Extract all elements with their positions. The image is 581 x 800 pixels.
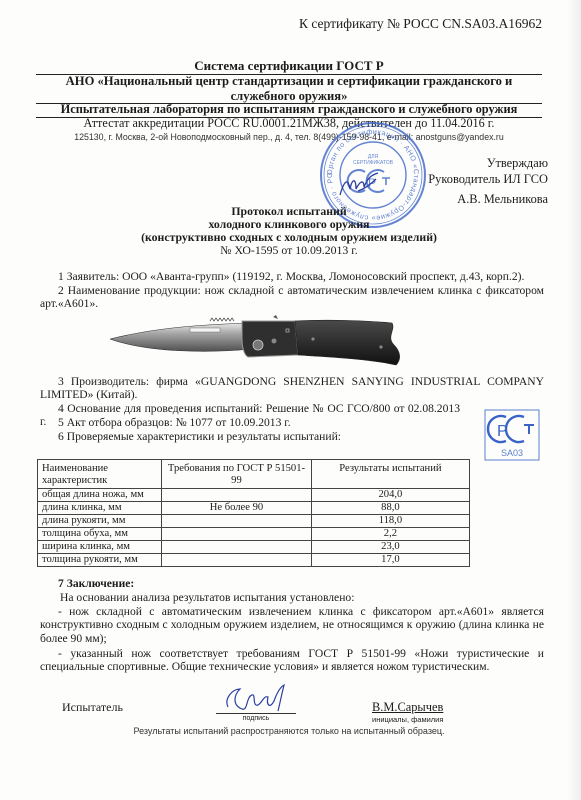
cell-result: 204,0 bbox=[311, 489, 469, 502]
system-title: Система сертификации ГОСТ Р bbox=[36, 58, 542, 74]
product-line: 2 Наименование продукции: нож складной с… bbox=[40, 284, 544, 311]
approval-block: Утверждаю Руководитель ИЛ ГСО А.В. Мельн… bbox=[360, 155, 548, 207]
conclusion-heading: 7 Заключение: bbox=[58, 577, 358, 590]
cell-characteristic: общая длина ножа, мм bbox=[38, 489, 162, 502]
manufacturer-line: 3 Производитель: фирма «GUANGDONG SHENZH… bbox=[40, 375, 544, 402]
protocol-number: № ХО-1595 от 10.09.2013 г. bbox=[36, 244, 542, 257]
table-row: толщина рукояти, мм17,0 bbox=[38, 554, 470, 567]
certificate-reference: К сертификату № РОСС CN.SA03.A16962 bbox=[0, 16, 542, 32]
tester-name: В.М.Сарычев bbox=[372, 700, 443, 715]
conclusion-intro: На основании анализа результатов испытан… bbox=[60, 591, 540, 604]
column-header-requirements: Требования по ГОСТ Р 51501-99 bbox=[162, 460, 312, 489]
table-row: общая длина ножа, мм204,0 bbox=[38, 489, 470, 502]
svg-text:SA03: SA03 bbox=[501, 448, 523, 458]
cell-result: 17,0 bbox=[311, 554, 469, 567]
applicant-line: 1 Заявитель: ООО «Аванта-групп» (119192,… bbox=[40, 270, 544, 283]
cell-result: 118,0 bbox=[311, 515, 469, 528]
cell-requirement bbox=[162, 515, 312, 528]
footer-note: Результаты испытаний распространяются то… bbox=[36, 726, 542, 736]
organization-line-2: служебного оружия» bbox=[36, 89, 542, 104]
column-header-characteristic: Наименование характеристик bbox=[38, 460, 162, 489]
knife-product-image bbox=[110, 315, 410, 375]
cell-characteristic: длина клинка, мм bbox=[38, 502, 162, 515]
cell-characteristic: толщина обуха, мм bbox=[38, 528, 162, 541]
cell-characteristic: ширина клинка, мм bbox=[38, 541, 162, 554]
name-caption: инициалы, фамилия bbox=[372, 715, 443, 724]
cell-requirement bbox=[162, 541, 312, 554]
cell-result: 2,2 bbox=[311, 528, 469, 541]
column-header-results: Результаты испытаний bbox=[311, 460, 469, 489]
signature-caption: подпись bbox=[216, 715, 296, 722]
organization-name: АНО «Национальный центр стандартизации и… bbox=[36, 74, 542, 103]
cell-requirement bbox=[162, 489, 312, 502]
signature-line bbox=[216, 713, 296, 714]
tester-label: Испытатель bbox=[62, 700, 123, 715]
conclusion-point-1: - нож складной с автоматическим извлечен… bbox=[40, 605, 544, 645]
accreditation-line: Аттестат аккредитации РОСС RU.0001.21МЖ3… bbox=[36, 116, 542, 131]
pst-conformity-mark-icon: P SA03 bbox=[484, 409, 540, 461]
table-row: толщина обуха, мм2,2 bbox=[38, 528, 470, 541]
cell-characteristic: толщина рукояти, мм bbox=[38, 554, 162, 567]
cell-result: 23,0 bbox=[311, 541, 469, 554]
table-header-row: Наименование характеристик Требования по… bbox=[38, 460, 470, 489]
approver-role: Руководитель ИЛ ГСО bbox=[360, 171, 548, 187]
svg-text:P: P bbox=[497, 423, 508, 440]
results-table: Наименование характеристик Требования по… bbox=[37, 459, 470, 567]
characteristics-intro: 6 Проверяемые характеристики и результат… bbox=[40, 430, 460, 443]
cell-requirement: Не более 90 bbox=[162, 502, 312, 515]
table-row: длина рукояти, мм118,0 bbox=[38, 515, 470, 528]
sampling-line: 5 Акт отбора образцов: № 1077 от 10.09.2… bbox=[40, 416, 460, 429]
cell-characteristic: длина рукояти, мм bbox=[38, 515, 162, 528]
laboratory-name: Испытательная лаборатория по испытаниям … bbox=[36, 102, 542, 117]
page-edge-shadow bbox=[567, 0, 581, 800]
cell-result: 88,0 bbox=[311, 502, 469, 515]
conclusion-point-2: - указанный нож соответствует требования… bbox=[40, 647, 544, 674]
address-line: 125130, г. Москва, 2-ой Новоподмосковный… bbox=[36, 132, 542, 142]
cell-requirement bbox=[162, 528, 312, 541]
cell-requirement bbox=[162, 554, 312, 567]
tester-signature-icon bbox=[222, 683, 292, 715]
document-page: К сертификату № РОСС CN.SA03.A16962 Сист… bbox=[0, 0, 581, 800]
table-row: ширина клинка, мм23,0 bbox=[38, 541, 470, 554]
table-row: длина клинка, ммНе более 9088,0 bbox=[38, 502, 470, 515]
organization-line-1: АНО «Национальный центр стандартизации и… bbox=[36, 74, 542, 89]
protocol-heading: Протокол испытаний холодного клинкового … bbox=[36, 205, 542, 257]
approve-label: Утверждаю bbox=[360, 155, 548, 171]
